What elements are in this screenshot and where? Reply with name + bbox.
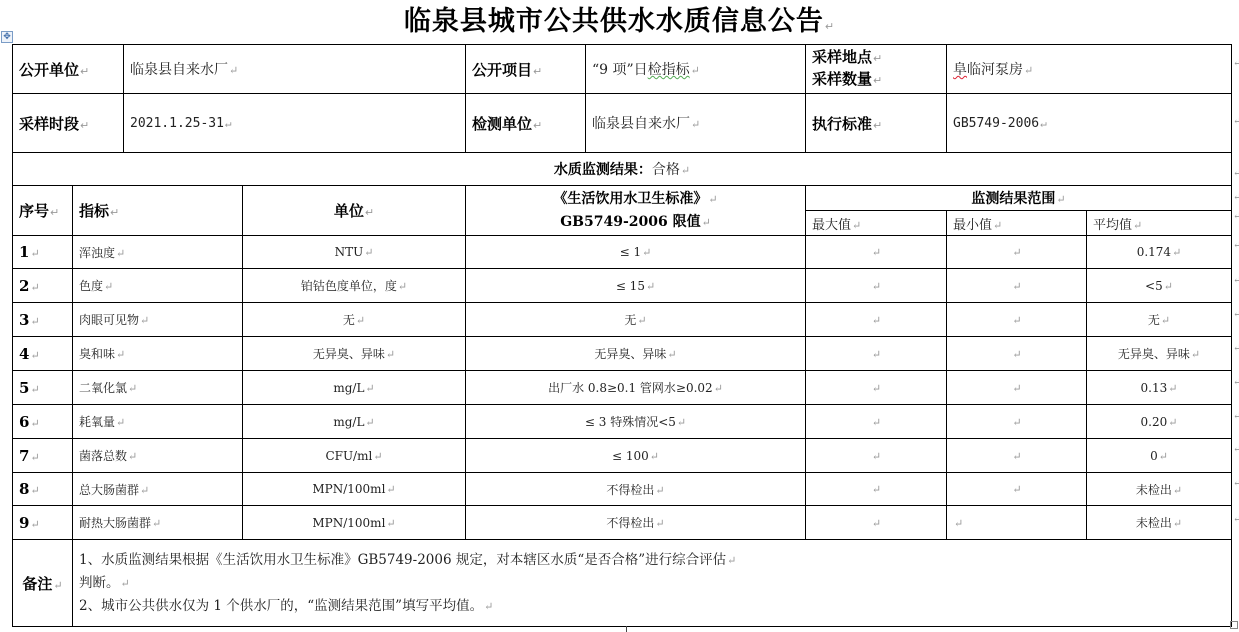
result-row: 水质监测结果：合格↵ [13, 153, 1232, 186]
table-row: 4↵ 臭和味↵ 无异臭、异味↵ 无异臭、异味↵ ↵ ↵ 无异臭、异味↵ [13, 337, 1232, 371]
title-text: 临泉县城市公共供水水质信息公告 [404, 6, 824, 37]
sample-place-label: 采样地点↵采样数量↵ [806, 45, 947, 94]
page-title: 临泉县城市公共供水水质信息公告↵ [0, 4, 1239, 45]
table-row: 9↵ 耐热大肠菌群↵ MPN/100ml↵ 不得检出↵ ↵ ↵ 未检出↵ [13, 506, 1232, 540]
paragraph-mark-icon: ↵ [825, 20, 835, 33]
note-line-3: 2、城市公共供水仅为 1 个供水厂的，“监测结果范围”填写平均值。↵ [79, 595, 1225, 618]
row-end-mark-icon: ↵ [1233, 168, 1239, 179]
sample-period-value[interactable]: 2021.1.25-31↵ [124, 94, 466, 153]
table-row: 7↵ 菌落总数↵ CFU/ml↵ ≤ 100↵ ↵ ↵ 0↵ [13, 439, 1232, 473]
row-end-mark-icon: ↵ [1233, 309, 1239, 320]
row-end-mark-icon: ↵ [1233, 411, 1239, 422]
result-label: 水质监测结果： [554, 162, 652, 178]
text-cursor [626, 626, 627, 632]
standard-value[interactable]: GB5749-2006↵ [947, 94, 1232, 153]
row-end-mark-icon: ↵ [1233, 58, 1239, 69]
result-value[interactable]: 合格 [652, 162, 680, 178]
info-row-1: 公开单位↵ 临泉县自来水厂↵ 公开项目↵ “9 项”日检指标↵ 采样地点↵采样数… [13, 45, 1232, 94]
header-avg: 平均值↵ [1087, 211, 1232, 236]
table-resize-handle-icon[interactable] [1230, 621, 1238, 629]
table-row: 3↵ 肉眼可见物↵ 无↵ 无↵ ↵ ↵ 无↵ [13, 303, 1232, 337]
header-limit: 《生活饮用水卫生标准》↵GB5749-2006 限值↵ [466, 186, 806, 236]
row-end-mark-icon: ↵ [1233, 275, 1239, 286]
test-unit-value[interactable]: 临泉县自来水厂↵ [586, 94, 806, 153]
public-unit-label: 公开单位↵ [13, 45, 124, 94]
row-end-mark-icon: ↵ [1233, 116, 1239, 127]
row-end-mark-icon: ↵ [1233, 343, 1239, 354]
header-range: 监测结果范围↵ [806, 186, 1232, 211]
row-end-mark-icon: ↵ [1233, 211, 1239, 222]
header-min: 最小值↵ [947, 211, 1087, 236]
header-unit: 单位↵ [243, 186, 466, 236]
notes-label: 备注↵ [13, 540, 73, 627]
row-end-mark-icon: ↵ [1233, 192, 1239, 203]
sample-place-value[interactable]: 阜临河泵房↵ [947, 45, 1232, 94]
header-indicator: 指标↵ [73, 186, 243, 236]
notes-content[interactable]: 1、水质监测结果根据《生活饮用水卫生标准》GB5749-2006 规定，对本辖区… [73, 540, 1232, 627]
table-row: 8↵ 总大肠菌群↵ MPN/100ml↵ 不得检出↵ ↵ ↵ 未检出↵ [13, 473, 1232, 506]
public-item-value[interactable]: “9 项”日检指标↵ [586, 45, 806, 94]
standard-label: 执行标准↵ [806, 94, 947, 153]
monitoring-result: 水质监测结果：合格↵ [13, 153, 1232, 186]
public-unit-value[interactable]: 临泉县自来水厂↵ [124, 45, 466, 94]
note-line-2: 判断。↵ [79, 572, 1225, 595]
info-row-2: 采样时段↵ 2021.1.25-31↵ 检测单位↵ 临泉县自来水厂↵ 执行标准↵… [13, 94, 1232, 153]
row-end-mark-icon: ↵ [1233, 444, 1239, 455]
header-seq: 序号↵ [13, 186, 73, 236]
row-end-mark-icon: ↵ [1233, 240, 1239, 251]
table-row: 6↵ 耗氧量↵ mg/L↵ ≤ 3 特殊情况<5↵ ↵ ↵ 0.20↵ [13, 405, 1232, 439]
sample-period-label: 采样时段↵ [13, 94, 124, 153]
water-quality-table: 公开单位↵ 临泉县自来水厂↵ 公开项目↵ “9 项”日检指标↵ 采样地点↵采样数… [12, 44, 1232, 627]
note-line-1: 1、水质监测结果根据《生活饮用水卫生标准》GB5749-2006 规定，对本辖区… [79, 549, 1225, 572]
table-row: 1↵ 浑浊度↵ NTU↵ ≤ 1↵ ↵ ↵ 0.174↵ [13, 236, 1232, 269]
row-end-mark-icon: ↵ [1233, 478, 1239, 489]
table-row: 5↵ 二氧化氯↵ mg/L↵ 出厂水 0.8≥0.1 管网水≥0.02↵ ↵ ↵… [13, 371, 1232, 405]
notes-row: 备注↵ 1、水质监测结果根据《生活饮用水卫生标准》GB5749-2006 规定，… [13, 540, 1232, 627]
table-header-row-1: 序号↵ 指标↵ 单位↵ 《生活饮用水卫生标准》↵GB5749-2006 限值↵ … [13, 186, 1232, 211]
test-unit-label: 检测单位↵ [466, 94, 586, 153]
table-move-handle-icon[interactable]: ✥ [1, 31, 13, 43]
header-max: 最大值↵ [806, 211, 947, 236]
table-row: 2↵ 色度↵ 铂钴色度单位，度↵ ≤ 15↵ ↵ ↵ <5↵ [13, 269, 1232, 303]
row-end-mark-icon: ↵ [1233, 377, 1239, 388]
row-end-mark-icon: ↵ [1233, 514, 1239, 525]
public-item-label: 公开项目↵ [466, 45, 586, 94]
